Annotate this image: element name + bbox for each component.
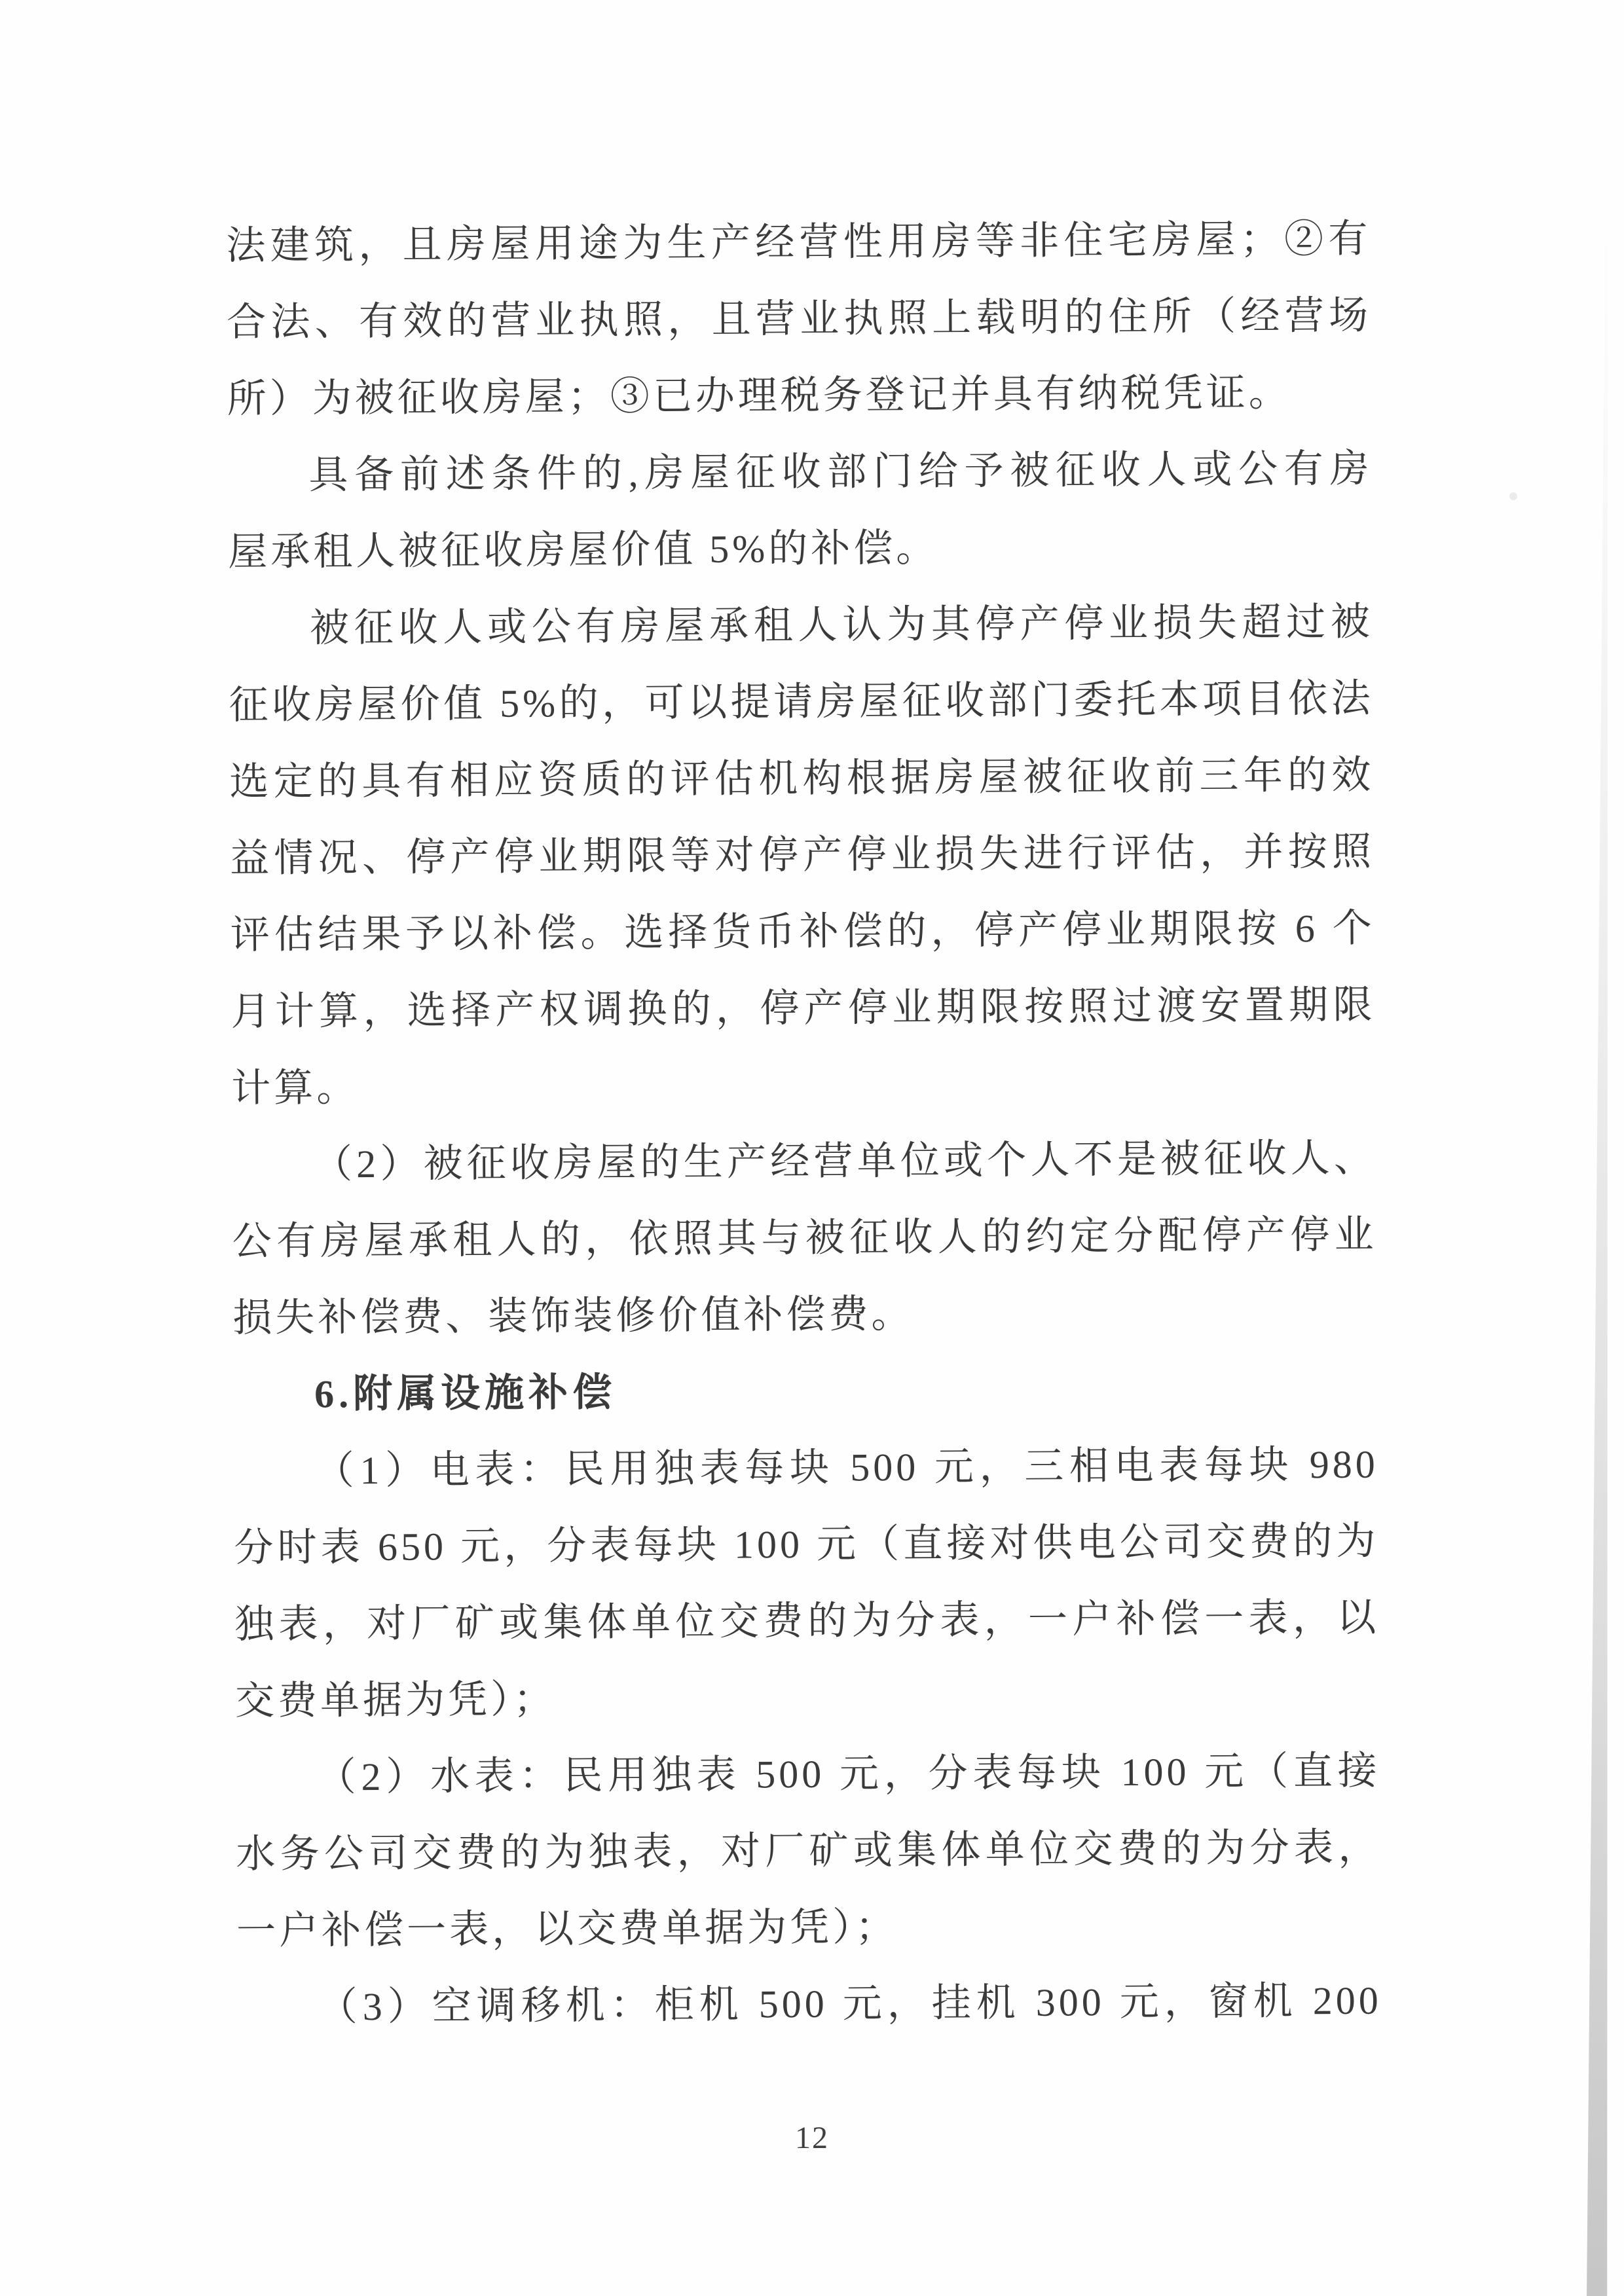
page-number: 12: [0, 2120, 1624, 2156]
text-line: （3）空调移机：柜机 500 元，挂机 300 元，窗机 200 元；: [236, 1963, 1382, 2047]
text-line: （2）被征收房屋的生产经营单位或个人不是被征收人、: [232, 1120, 1377, 1204]
section-heading: 6.附属设施补偿: [233, 1350, 1378, 1434]
text-line: 具备前述条件的,房屋征收部门给予被征收人或公有房: [227, 431, 1373, 515]
text-line: 屋承租人被征收房屋价值 5%的补偿。: [228, 507, 1373, 591]
document-page: 法建筑，且房屋用途为生产经营性用房等非住宅房屋；②有合法、有效的营业执照，且营业…: [0, 0, 1624, 2296]
text-line: 所）为被征收房屋；③已办理税务登记并具有纳税凭证。: [227, 354, 1372, 438]
text-line: 水务公司交费的为独表，对厂矿或集体单位交费的为分表，: [236, 1810, 1381, 1893]
text-line: （2）水表：民用独表 500 元，分表每块 100 元（直接对: [235, 1733, 1380, 1817]
text-line: 公有房屋承租人的，依照其与被征收人的约定分配停产停业: [232, 1197, 1377, 1281]
text-line: 独表，对厂矿或集体单位交费的为分表，一户补偿一表，以: [234, 1580, 1380, 1664]
text-line: 分时表 650 元，分表每块 100 元（直接对供电公司交费的为: [234, 1503, 1379, 1587]
text-line: 一户补偿一表，以交费单据为凭）；: [236, 1886, 1382, 1970]
text-line: 计算。: [231, 1044, 1376, 1127]
text-line: 被征收人或公有房屋承租人认为其停产停业损失超过被: [229, 584, 1374, 668]
text-line: 益情况、停产停业期限等对停产停业损失进行评估，并按照: [230, 814, 1375, 898]
text-line: 征收房屋价值 5%的，可以提请房屋征收部门委托本项目依法: [229, 661, 1374, 744]
text-line: 合法、有效的营业执照，且营业执照上载明的住所（经营场: [227, 278, 1372, 361]
text-line: （1）电表：民用独表每块 500 元，三相电表每块 980 元，: [233, 1427, 1378, 1510]
scan-dot-artifact: [1509, 492, 1517, 500]
text-line: 月计算，选择产权调换的，停产停业期限按照过渡安置期限: [231, 967, 1376, 1051]
scan-streak-artifact: [1586, 183, 1620, 2296]
text-line: 法建筑，且房屋用途为生产经营性用房等非住宅房屋；②有: [226, 201, 1371, 285]
text-line: 损失补偿费、装饰装修价值补偿费。: [232, 1273, 1378, 1357]
text-line: 交费单据为凭）；: [235, 1656, 1380, 1740]
text-line: 评估结果予以补偿。选择货币补偿的，停产停业期限按 6 个: [230, 890, 1375, 974]
document-body: 法建筑，且房屋用途为生产经营性用房等非住宅房屋；②有合法、有效的营业执照，且营业…: [226, 201, 1382, 2047]
text-line: 选定的具有相应资质的评估机构根据房屋被征收前三年的效: [229, 737, 1375, 821]
